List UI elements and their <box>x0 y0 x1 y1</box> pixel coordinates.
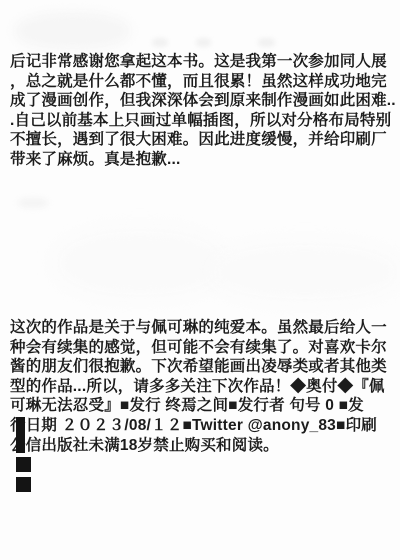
censor-square-mark <box>16 457 31 472</box>
censor-bar-mark <box>16 417 25 453</box>
scan-ghost-artifact <box>210 242 400 302</box>
scan-ghost-dot <box>258 38 275 47</box>
scan-ghost-artifact <box>15 12 130 50</box>
afterword-paragraph: 后记非常感谢您拿起这本书。这是我第一次参加同人展 ，总之就是什么都不懂，而且很累… <box>10 52 396 170</box>
scan-ghost-artifact <box>55 228 225 298</box>
colophon-paragraph: 这次的作品是关于与佩可琳的纯爱本。虽然最后给人一 种会有续集的感觉，但可能不会有… <box>10 318 396 455</box>
censor-square-mark <box>16 477 31 492</box>
scan-ghost-dot <box>196 38 211 47</box>
scan-ghost-dot <box>18 198 48 208</box>
afterword-page: 后记非常感谢您拿起这本书。这是我第一次参加同人展 ，总之就是什么都不懂，而且很累… <box>0 0 400 560</box>
scan-ghost-dot <box>152 38 168 47</box>
